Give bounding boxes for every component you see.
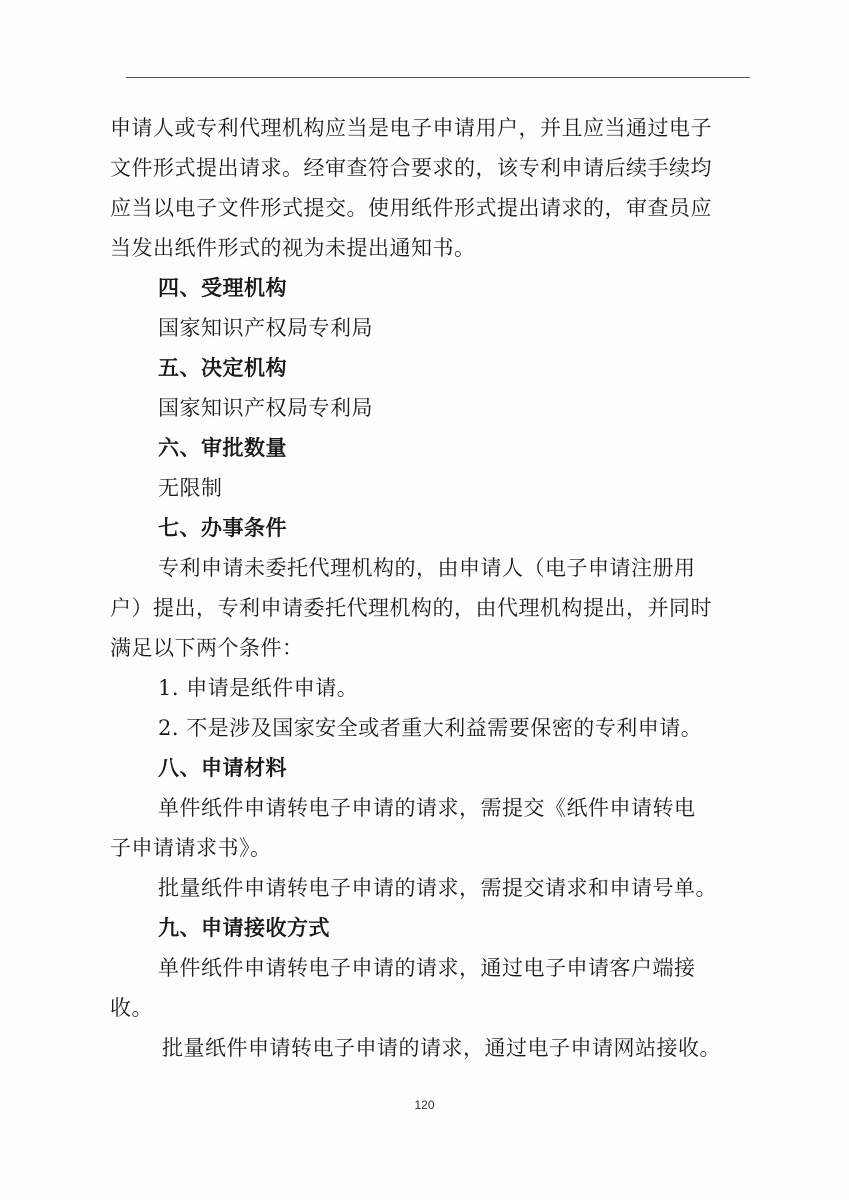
section-heading-receiving-method: 九、申请接收方式 xyxy=(110,908,750,948)
paragraph-line: 收。 xyxy=(110,988,750,1028)
paragraph-line: 单件纸件申请转电子申请的请求，需提交《纸件申请转电 xyxy=(110,788,750,828)
paragraph-line: 批量纸件申请转电子申请的请求，通过电子申请网站接收。 xyxy=(110,1028,750,1068)
paragraph-line: 当发出纸件形式的视为未提出通知书。 xyxy=(110,228,750,268)
list-item: 1. 申请是纸件申请。 xyxy=(110,668,750,708)
section-heading-materials: 八、申请材料 xyxy=(110,748,750,788)
header-rule xyxy=(126,77,750,78)
paragraph-line: 国家知识产权局专利局 xyxy=(110,308,750,348)
paragraph-line: 国家知识产权局专利局 xyxy=(110,388,750,428)
list-item: 2. 不是涉及国家安全或者重大利益需要保密的专利申请。 xyxy=(110,708,750,748)
paragraph-line: 文件形式提出请求。经审查符合要求的，该专利申请后续手续均 xyxy=(110,148,750,188)
paragraph-line: 应当以电子文件形式提交。使用纸件形式提出请求的，审查员应 xyxy=(110,188,750,228)
document-body: 申请人或专利代理机构应当是电子申请用户，并且应当通过电子 文件形式提出请求。经审… xyxy=(110,108,750,1068)
paragraph-line: 申请人或专利代理机构应当是电子申请用户，并且应当通过电子 xyxy=(110,108,750,148)
paragraph-line: 单件纸件申请转电子申请的请求，通过电子申请客户端接 xyxy=(110,948,750,988)
section-heading-deciding-agency: 五、决定机构 xyxy=(110,348,750,388)
paragraph-line: 满足以下两个条件： xyxy=(110,628,750,668)
paragraph-line: 专利申请未委托代理机构的，由申请人（电子申请注册用 xyxy=(110,548,750,588)
section-heading-accepting-agency: 四、受理机构 xyxy=(110,268,750,308)
paragraph-line: 户）提出，专利申请委托代理机构的，由代理机构提出，并同时 xyxy=(110,588,750,628)
section-heading-approval-quantity: 六、审批数量 xyxy=(110,428,750,468)
paragraph-line: 子申请请求书》。 xyxy=(110,828,750,868)
section-heading-conditions: 七、办事条件 xyxy=(110,508,750,548)
paragraph-line: 无限制 xyxy=(110,468,750,508)
paragraph-line: 批量纸件申请转电子申请的请求，需提交请求和申请号单。 xyxy=(110,868,750,908)
page-number: 120 xyxy=(0,1098,849,1112)
